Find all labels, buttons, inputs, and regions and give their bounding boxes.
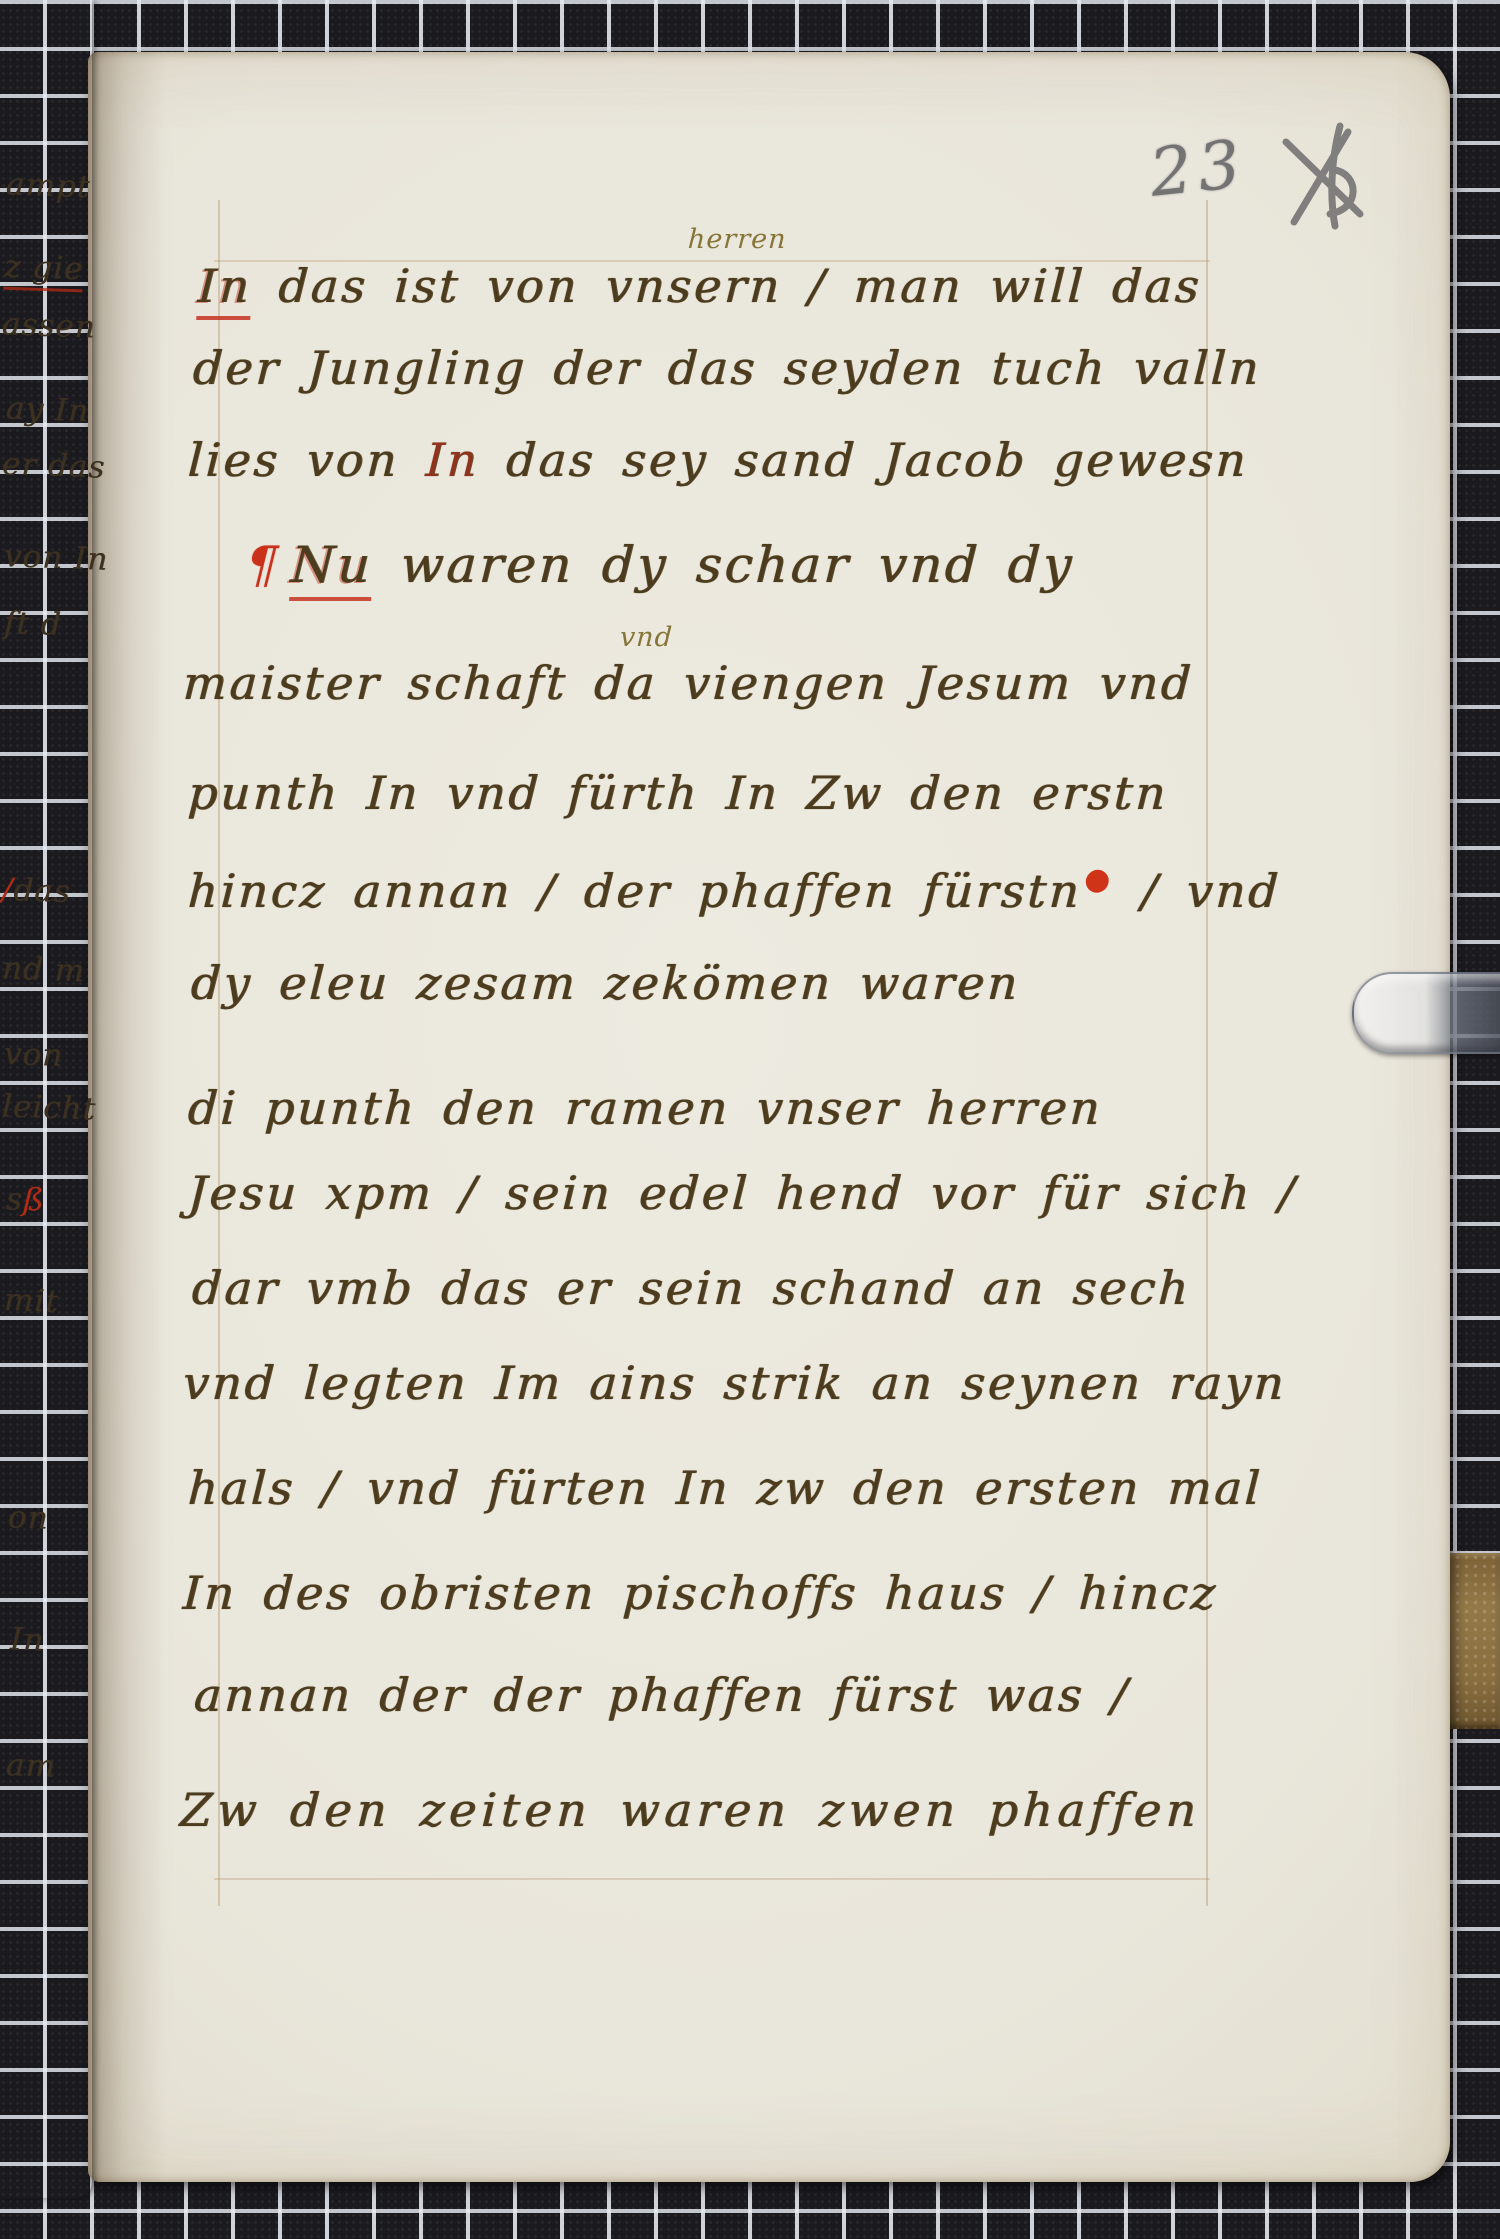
manuscript-line-6: punth In vnd fürth In Zw den erstn xyxy=(187,770,1170,816)
manuscript-line-16: Zw den zeiten waren zwen phaffen xyxy=(179,1787,1202,1833)
marginal-fragment: /das xyxy=(1,872,71,910)
marginal-fragment: on xyxy=(7,1499,49,1536)
marginal-fragment: am xyxy=(5,1747,56,1785)
plastic-clip xyxy=(1352,972,1500,1054)
marginal-fragment: mit xyxy=(3,1282,59,1320)
interlinear-gloss: vnd xyxy=(619,622,674,653)
marginal-fragment: In xyxy=(9,1621,44,1658)
manuscript-line-9: di punth den ramen vnser herren xyxy=(187,1085,1104,1131)
manuscript-line-8: dy eleu zesam zekömen waren xyxy=(190,960,1021,1006)
manuscript-line-11: dar vmb das er sein schand an sech xyxy=(191,1265,1192,1311)
manuscript-line-3: lies von In das sey sand Jacob gewesn xyxy=(187,437,1250,483)
rubricated-word: In xyxy=(196,259,253,320)
marginal-fragment: von In xyxy=(3,538,108,578)
paragraph-mark: ¶ xyxy=(244,536,282,594)
manuscript-line-10: Jesu xpm / sein edel hend vor für sich / xyxy=(187,1170,1299,1216)
manuscript-line-15: annan der der phaffen fürst was / xyxy=(193,1672,1131,1718)
marginal-fragment: leicht xyxy=(1,1088,96,1127)
manuscript-page: 23 In das ist von vnsern / man will das … xyxy=(88,52,1450,2182)
marginal-fragment: assen xyxy=(1,306,96,345)
previous-page-edge: ampt z gie assen ay In er das von In ft … xyxy=(0,0,92,2198)
manuscript-line-13: hals / vnd fürten In zw den ersten mal xyxy=(187,1465,1264,1511)
manuscript-line-1: In das ist von vnsern / man will das xyxy=(197,263,1203,309)
pencil-cross-mark-icon xyxy=(1272,118,1364,240)
manuscript-line-14: In des obristen pischoffs haus / hincz xyxy=(182,1570,1219,1616)
manuscript-line-7: hincz annan / der phaffen fürstn● / vnd xyxy=(187,865,1282,914)
marginal-fragment: z gie xyxy=(3,249,84,293)
red-letter: ß xyxy=(22,1182,45,1219)
leather-bookmark-tab xyxy=(1444,1553,1500,1729)
red-dot-mark: ● xyxy=(1083,862,1114,897)
underlined-word: Nu xyxy=(289,536,374,601)
interlinear-gloss: herren xyxy=(687,224,787,255)
marginal-fragment: sß xyxy=(5,1181,45,1218)
margin-rule-bottom xyxy=(214,1878,1210,1880)
marginal-fragment: ampt xyxy=(5,167,90,206)
manuscript-line-12: vnd legten Im ains strik an seynen rayn xyxy=(182,1360,1288,1406)
manuscript-line-5: maister schaft da viengen Jesum vnd xyxy=(182,660,1195,706)
rubricated-word: In xyxy=(424,433,481,487)
marginal-fragment: ay In xyxy=(5,391,89,430)
manuscript-line-2: der Jungling der das seyden tuch valln xyxy=(192,345,1263,391)
marginal-fragment: ft d xyxy=(3,605,62,643)
manuscript-line-4: ¶Nu waren dy schar vnd dy xyxy=(245,540,1076,590)
folio-number: 23 xyxy=(1146,125,1250,212)
marginal-fragment: von xyxy=(3,1036,63,1074)
marginal-fragment: nd m xyxy=(1,951,85,990)
marginal-fragment: er das xyxy=(1,446,105,486)
